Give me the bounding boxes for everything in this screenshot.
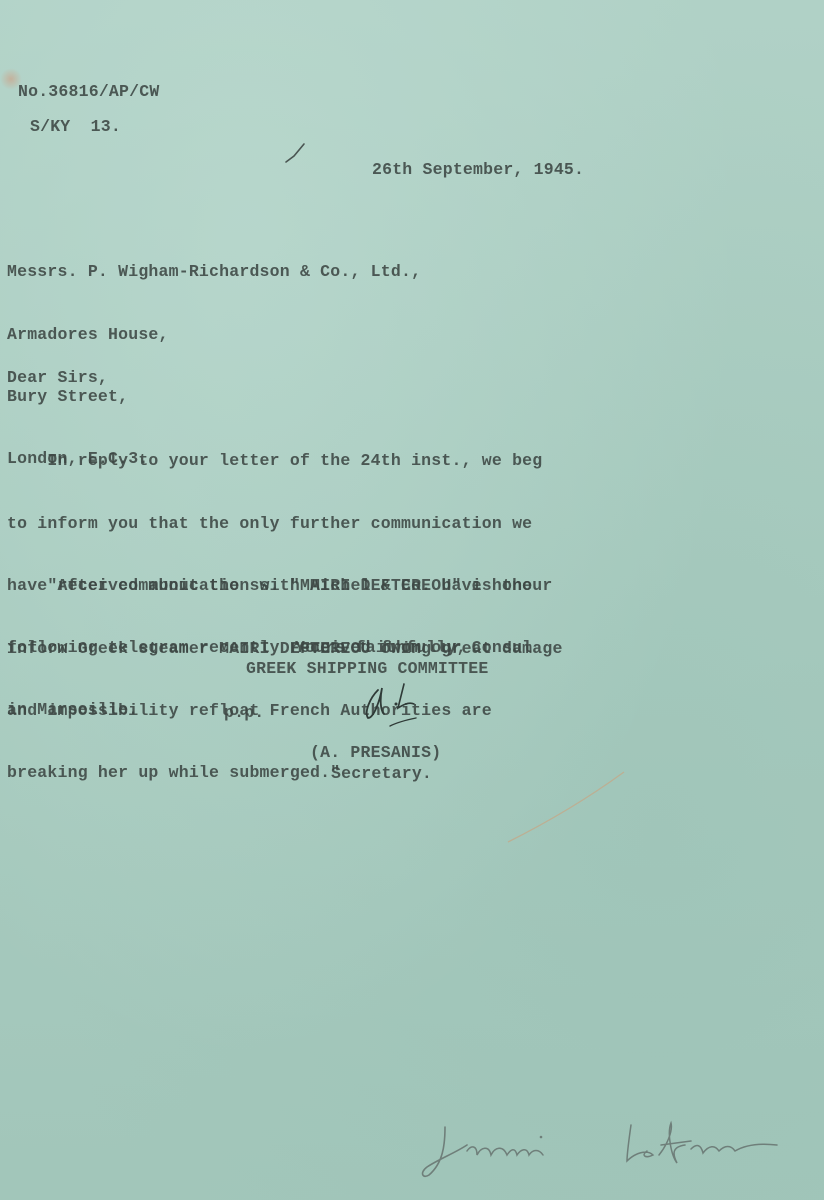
signatory-title: Secretary. xyxy=(331,764,432,785)
pencil-annotation xyxy=(415,1115,795,1195)
address-line: Messrs. P. Wigham-Richardson & Co., Ltd.… xyxy=(7,262,421,283)
pen-mark xyxy=(280,138,310,168)
address-line: Armadores House, xyxy=(7,325,421,346)
sub-reference: S/KY 13. xyxy=(30,117,121,138)
paper-crease xyxy=(500,760,640,860)
letter-date: 26th September, 1945. xyxy=(372,160,584,181)
per-procurationem: p.p. xyxy=(224,703,264,724)
quote-line: breaking her up while submerged." xyxy=(7,763,563,784)
quote-line: and impossibility refloat French Authori… xyxy=(7,701,563,722)
address-line: Bury Street, xyxy=(7,387,421,408)
body-line: In reply to your letter of the 24th inst… xyxy=(7,451,542,472)
signatory-name: (A. PRESANIS) xyxy=(310,743,441,764)
valediction: Yours faithfully, xyxy=(295,638,467,659)
body-line: to inform you that the only further comm… xyxy=(7,514,542,535)
quote-line: "After communication with Michel & Co. h… xyxy=(7,576,563,597)
signature-initials xyxy=(360,678,440,728)
salutation: Dear Sirs, xyxy=(7,368,108,389)
reference-number: No.36816/AP/CW xyxy=(18,82,159,103)
organization-name: GREEK SHIPPING COMMITTEE xyxy=(246,659,488,680)
quote-line: inform Greek steamer MAIRI DEFTEREOU owi… xyxy=(7,639,563,660)
